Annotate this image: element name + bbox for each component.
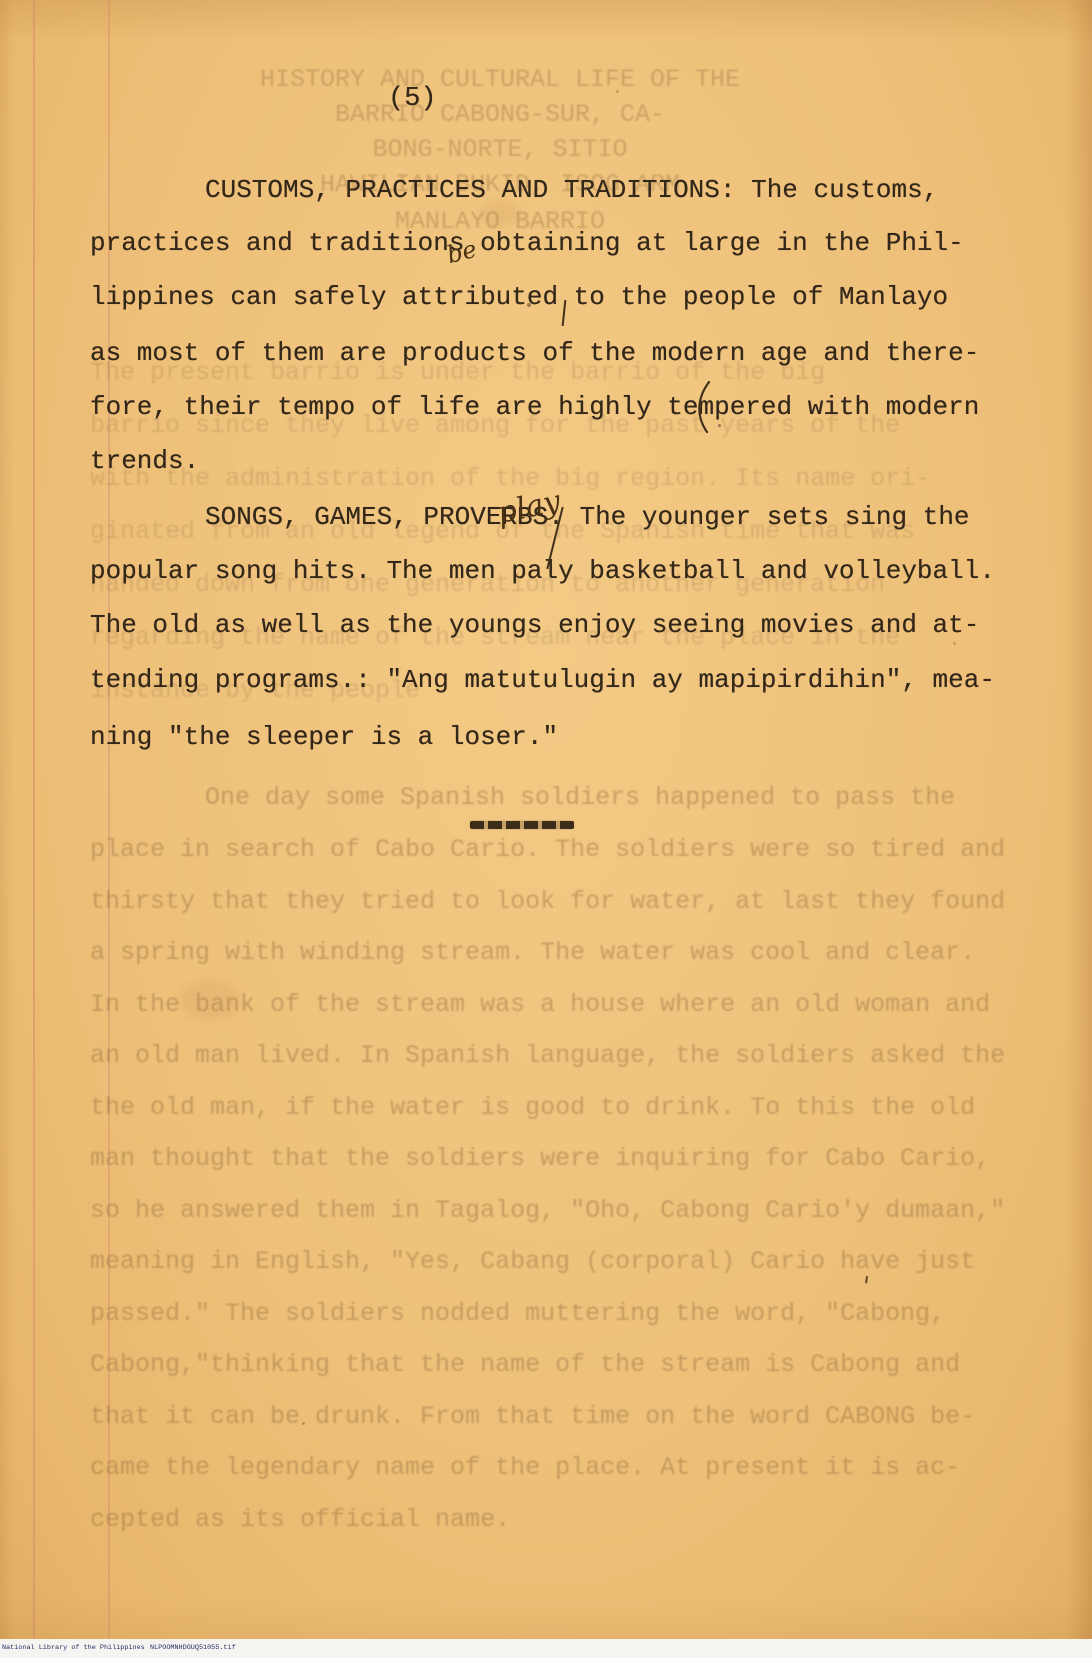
ghost-story-line: cepted as its official name. — [90, 1504, 510, 1536]
ghost-story-line: meaning in English, "Yes, Cabang (corpor… — [90, 1246, 975, 1278]
ghost-story-line: place in search of Cabo Cario. The soldi… — [90, 834, 1005, 866]
typed-line: trends. — [90, 444, 199, 478]
page-number: (5) — [388, 84, 437, 114]
ghost-story-line: One day some Spanish soldiers happened t… — [205, 782, 955, 814]
scanned-page: HISTORY AND CULTURAL LIFE OF THE BARRIO … — [0, 0, 1092, 1658]
typed-line: tending programs.: "Ang matutulugin ay m… — [90, 663, 995, 697]
paper-speck — [616, 90, 619, 93]
handwritten-insert-be: be — [444, 235, 479, 269]
typed-line: CUSTOMS, PRACTICES AND TRADITIONS: The c… — [205, 173, 938, 207]
ghost-story-line: Cabong,"thinking that the name of the st… — [90, 1349, 960, 1381]
paper-stain — [180, 980, 240, 1020]
section-divider — [470, 821, 574, 829]
typed-line: practices and traditions obtaining at la… — [90, 226, 964, 260]
ghost-story-line: so he answered them in Tagalog, "Oho, Ca… — [90, 1195, 1005, 1227]
paper-speck — [953, 642, 956, 645]
scan-footer: National Library of the Philippines NLPO… — [0, 1639, 1092, 1658]
ghost-line: with the administration of the big regio… — [90, 463, 930, 495]
handwritten-caret-curve — [694, 378, 714, 436]
paper-speck — [302, 1422, 305, 1425]
ghost-header-line: HISTORY AND CULTURAL LIFE OF THE — [170, 64, 830, 96]
ghost-story-line: that it can be drunk. From that time on … — [90, 1401, 975, 1433]
margin-line-left — [33, 0, 35, 1638]
footer-filename: NLPOOMNHDGUQ51055.tif — [150, 1644, 236, 1652]
ghost-story-line: an old man lived. In Spanish language, t… — [90, 1040, 1005, 1072]
ghost-header-line: BARRIO CABONG-SUR, CA- — [170, 99, 830, 131]
ghost-story-line: the old man, if the water is good to dri… — [90, 1092, 975, 1124]
typed-line: popular song hits. The men paly basketba… — [90, 554, 995, 588]
ghost-story-line: passed." The soldiers nodded muttering t… — [90, 1298, 945, 1330]
ghost-story-line: man thought that the soldiers were inqui… — [90, 1143, 990, 1175]
typed-line: The old as well as the youngs enjoy seei… — [90, 608, 979, 642]
paper-speck — [718, 424, 721, 427]
paper-speck — [851, 196, 854, 199]
typed-line: ning "the sleeper is a loser." — [90, 720, 558, 754]
paper-stain — [480, 200, 520, 226]
typed-line: fore, their tempo of life are highly tem… — [90, 390, 979, 424]
typed-line: SONGS, GAMES, PROVERBS. The younger sets… — [205, 500, 970, 534]
ghost-story-line: a spring with winding stream. The water … — [90, 937, 975, 969]
typed-line: lippines can safely attributed to the pe… — [90, 280, 948, 314]
ghost-header-line: BONG-NORTE, SITIO — [170, 134, 830, 166]
paper-speck — [527, 303, 531, 307]
footer-library-label: National Library of the Philippines — [2, 1644, 145, 1652]
ghost-story-line: came the legendary name of the place. At… — [90, 1452, 960, 1484]
typed-line: as most of them are products of the mode… — [90, 336, 979, 370]
ghost-story-line: thirsty that they tried to look for wate… — [90, 886, 1005, 918]
